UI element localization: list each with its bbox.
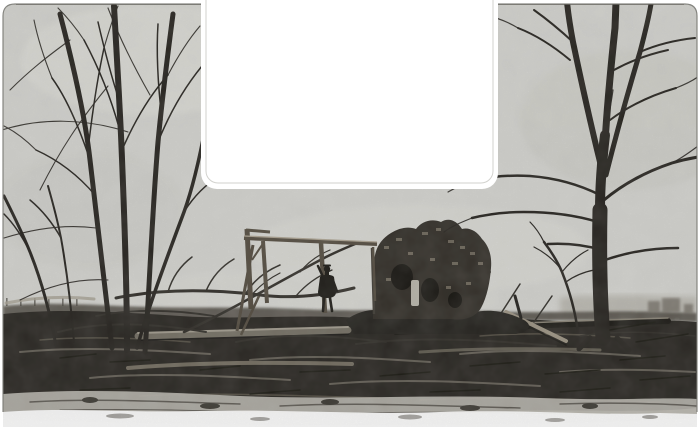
halftone-photograph: [0, 0, 700, 430]
caption-cutout: [201, 0, 498, 189]
photo-canvas: [0, 0, 700, 430]
